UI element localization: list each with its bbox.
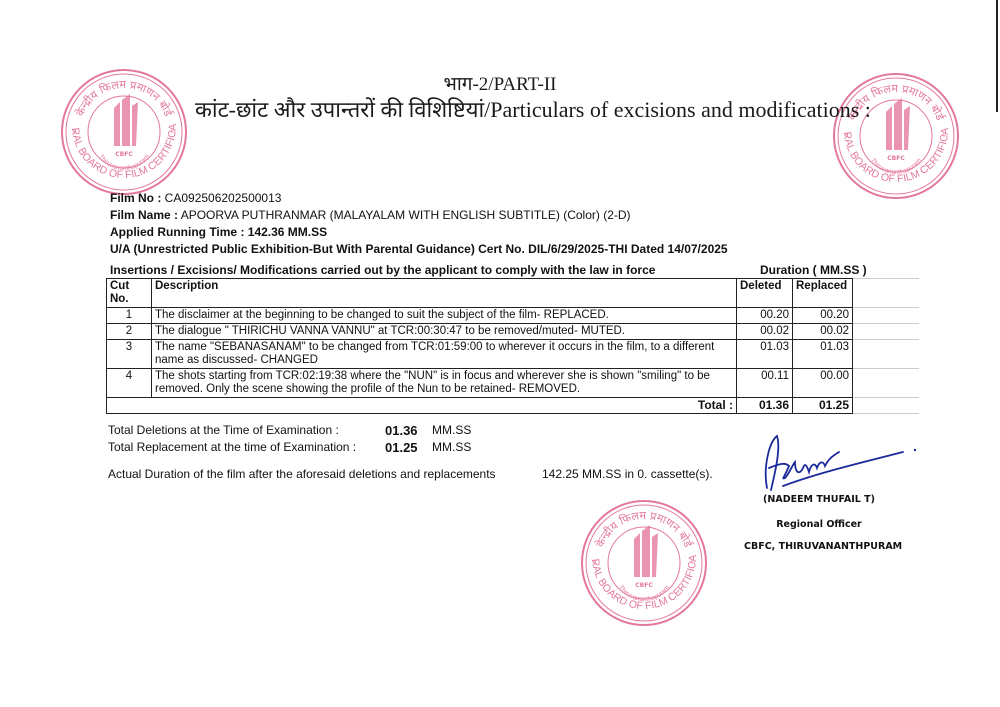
actual-duration-value: 142.25 MM.SS in 0. cassette(s). — [542, 467, 713, 481]
cut-description: The shots starting from TCR:02:19:38 whe… — [152, 369, 737, 398]
blank-cell — [853, 279, 920, 308]
blank-cell — [853, 369, 920, 398]
replaced-duration: 01.03 — [793, 340, 853, 369]
deleted-duration: 00.11 — [737, 369, 793, 398]
table-row: 4The shots starting from TCR:02:19:38 wh… — [107, 369, 920, 398]
svg-text:CBFC: CBFC — [115, 151, 133, 158]
svg-text:*: * — [72, 128, 76, 138]
cut-description: The name "SEBANASANAM" to be changed fro… — [152, 340, 737, 369]
svg-text:CBFC: CBFC — [635, 582, 653, 589]
col-replaced: Replaced — [793, 279, 853, 308]
film-name-label: Film Name : — [110, 208, 178, 222]
deleted-duration: 00.02 — [737, 324, 793, 340]
total-replacement-value: 01.25 — [385, 440, 418, 455]
actual-duration-label: Actual Duration of the film after the af… — [108, 467, 496, 481]
total-replacement-label: Total Replacement at the time of Examina… — [108, 440, 356, 454]
total-deletions-line: Total Deletions at the Time of Examinati… — [108, 423, 339, 437]
total-deleted: 01.36 — [737, 398, 793, 414]
total-replaced: 01.25 — [793, 398, 853, 414]
replaced-duration: 00.02 — [793, 324, 853, 340]
excisions-table: Cut No. Description Deleted Replaced 1Th… — [106, 278, 919, 414]
signatory-title: Regional Officer — [744, 519, 894, 530]
cut-number: 3 — [107, 340, 152, 369]
table-row: 3The name "SEBANASANAM" to be changed fr… — [107, 340, 920, 369]
certificate-line: U/A (Unrestricted Public Exhibition-But … — [110, 242, 728, 256]
signatory-office: CBFC, THIRUVANANTHPURAM — [744, 541, 894, 552]
svg-text:*: * — [690, 559, 694, 569]
deleted-duration: 01.03 — [737, 340, 793, 369]
svg-text:*: * — [170, 128, 174, 138]
part-heading: भाग-2/PART-II — [0, 70, 1000, 96]
table-header-row: Cut No. Description Deleted Replaced — [107, 279, 920, 308]
col-description: Description — [152, 279, 737, 308]
svg-text:*: * — [844, 132, 848, 142]
col-cut-no: Cut No. — [107, 279, 152, 308]
applied-running-time: Applied Running Time : 142.36 MM.SS — [110, 225, 327, 239]
film-name: Film Name : APOORVA PUTHRANMAR (MALAYALA… — [110, 208, 631, 222]
film-number-label: Film No : — [110, 191, 161, 205]
svg-text:*: * — [942, 132, 946, 142]
total-row: Total : 01.36 01.25 — [107, 398, 920, 414]
svg-text:CBFC: CBFC — [887, 155, 905, 162]
cbfc-seal-stamp: केन्द्रीय फिलम प्रमाणन बोर्ड CENTRAL BOA… — [578, 497, 710, 629]
table-caption: Insertions / Excisions/ Modifications ca… — [110, 263, 655, 277]
film-number: Film No : CA092506202500013 — [110, 191, 281, 205]
total-deletions-value: 01.36 — [385, 423, 418, 438]
deleted-duration: 00.20 — [737, 308, 793, 324]
cut-number: 4 — [107, 369, 152, 398]
signature-icon — [755, 428, 925, 498]
blank-cell — [853, 324, 920, 340]
page-title: कांट-छांट और उपान्तरों की विशिष्टियां/Pa… — [195, 94, 871, 124]
total-replacement-line: Total Replacement at the time of Examina… — [108, 440, 356, 454]
blank-cell — [853, 308, 920, 324]
blank-cell — [853, 398, 920, 414]
replaced-duration: 00.20 — [793, 308, 853, 324]
replaced-duration: 00.00 — [793, 369, 853, 398]
blank-cell — [853, 340, 920, 369]
table-row: 1The disclaimer at the beginning to be c… — [107, 308, 920, 324]
unit-label: MM.SS — [432, 423, 471, 437]
unit-label: MM.SS — [432, 440, 471, 454]
svg-text:*: * — [592, 559, 596, 569]
cut-description: The dialogue " THIRICHU VANNA VANNU" at … — [152, 324, 737, 340]
signatory-name: (NADEEM THUFAIL T) — [744, 494, 894, 505]
cut-description: The disclaimer at the beginning to be ch… — [152, 308, 737, 324]
total-deletions-label: Total Deletions at the Time of Examinati… — [108, 423, 339, 437]
cut-number: 1 — [107, 308, 152, 324]
table-row: 2The dialogue " THIRICHU VANNA VANNU" at… — [107, 324, 920, 340]
cut-number: 2 — [107, 324, 152, 340]
total-label: Total : — [107, 398, 737, 414]
film-name-value: APOORVA PUTHRANMAR (MALAYALAM WITH ENGLI… — [181, 208, 631, 222]
duration-heading: Duration ( MM.SS ) — [760, 263, 867, 277]
film-number-value: CA092506202500013 — [165, 191, 282, 205]
col-deleted: Deleted — [737, 279, 793, 308]
